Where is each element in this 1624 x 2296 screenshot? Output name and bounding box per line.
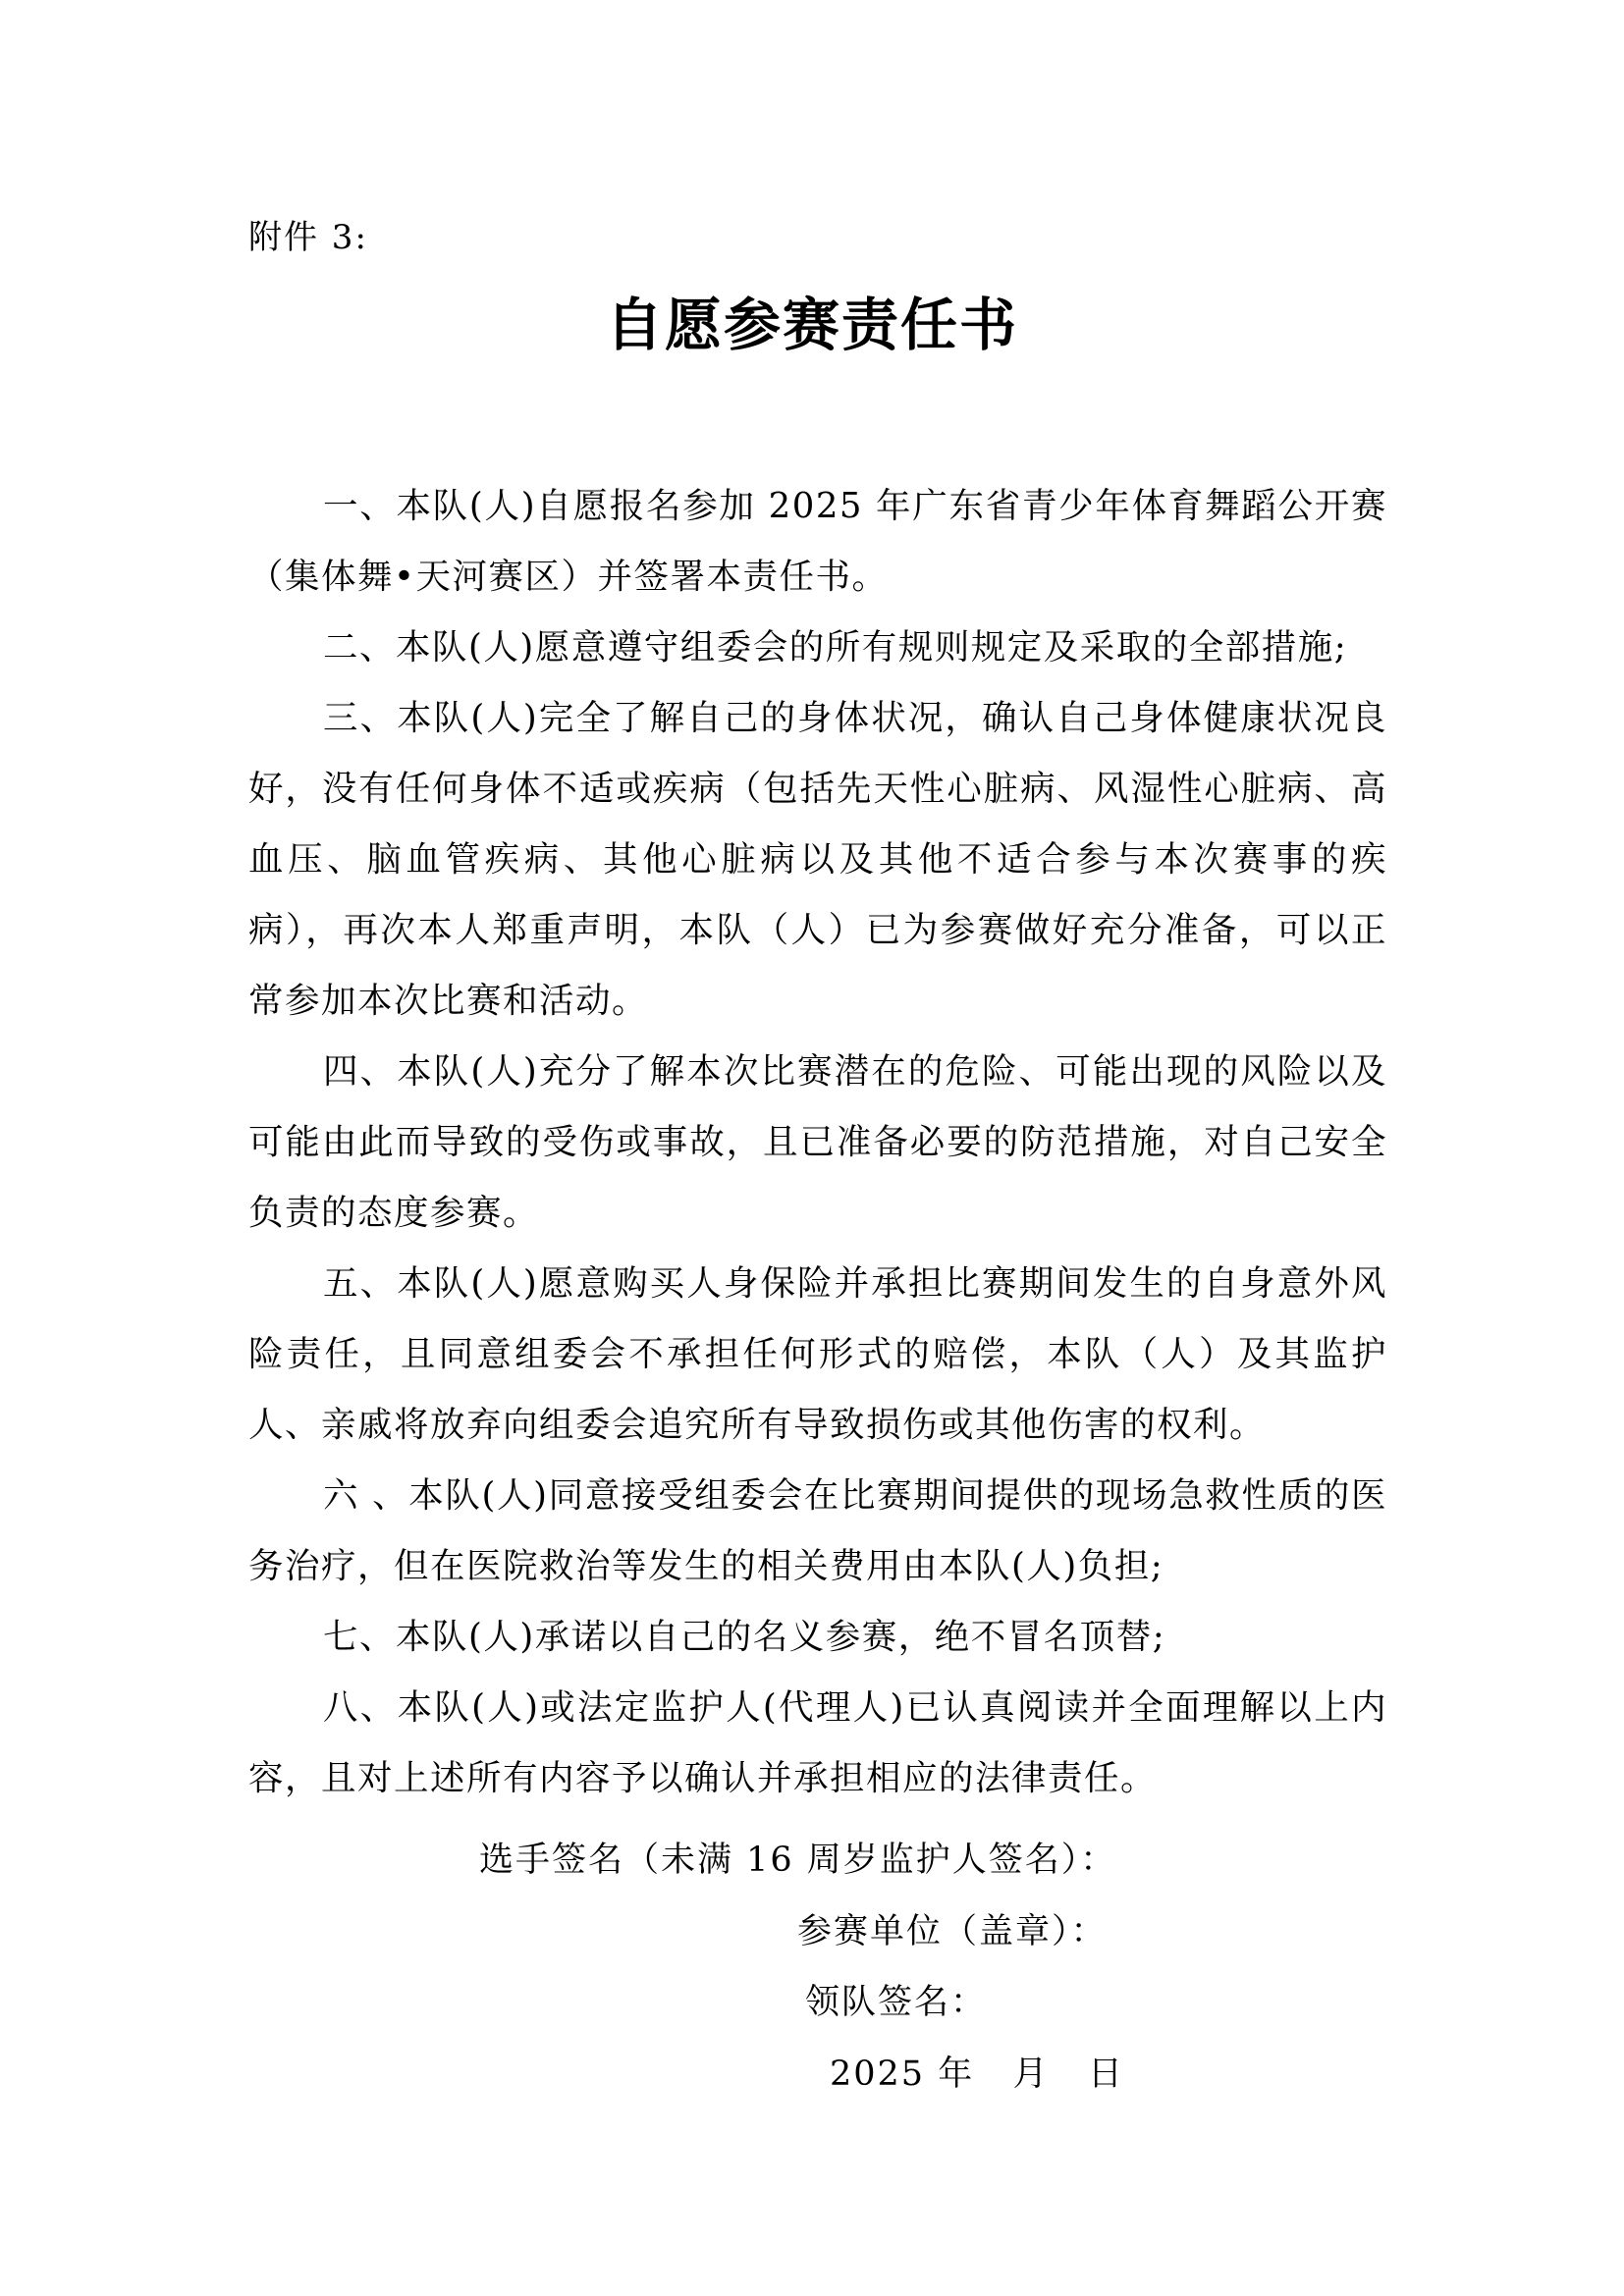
attachment-label: 附件 3: xyxy=(248,218,368,257)
clause-8: 八、本队(人)或法定监护人(代理人)已认真阅读并全面理解以上内容，且对上述所有内… xyxy=(248,1673,1387,1814)
clause-5: 五、本队(人)愿意购买人身保险并承担比赛期间发生的自身意外风险责任，且同意组委会… xyxy=(248,1249,1387,1461)
clause-3: 三、本队(人)完全了解自己的身体状况，确认自己身体健康状况良好，没有任何身体不适… xyxy=(248,683,1387,1037)
clause-6: 六 、本队(人)同意接受组委会在比赛期间提供的现场急救性质的医务治疗，但在医院救… xyxy=(248,1461,1387,1602)
document-title: 自愿参赛责任书 xyxy=(0,291,1624,359)
player-signature-label: 选手签名（未满 16 周岁监护人签名）： xyxy=(479,1841,1116,1880)
clauses-section: 一、本队(人)自愿报名参加 2025 年广东省青少年体育舞蹈公开赛（集体舞•天河… xyxy=(248,471,1387,1814)
team-leader-signature-label: 领队签名： xyxy=(805,1983,987,2022)
clause-4: 四、本队(人)充分了解本次比赛潜在的危险、可能出现的风险以及可能由此而导致的受伤… xyxy=(248,1037,1387,1249)
participating-unit-label: 参赛单位（盖章）： xyxy=(797,1912,1108,1951)
document-page: 附件 3: 自愿参赛责任书 一、本队(人)自愿报名参加 2025 年广东省青少年… xyxy=(0,0,1624,2296)
clause-1: 一、本队(人)自愿报名参加 2025 年广东省青少年体育舞蹈公开赛（集体舞•天河… xyxy=(248,471,1387,613)
clause-2: 二、本队(人)愿意遵守组委会的所有规则规定及采取的全部措施; xyxy=(248,613,1387,683)
clause-7: 七、本队(人)承诺以自己的名义参赛，绝不冒名顶替; xyxy=(248,1602,1387,1673)
signature-date: 2025 年 月 日 xyxy=(830,2055,1124,2094)
